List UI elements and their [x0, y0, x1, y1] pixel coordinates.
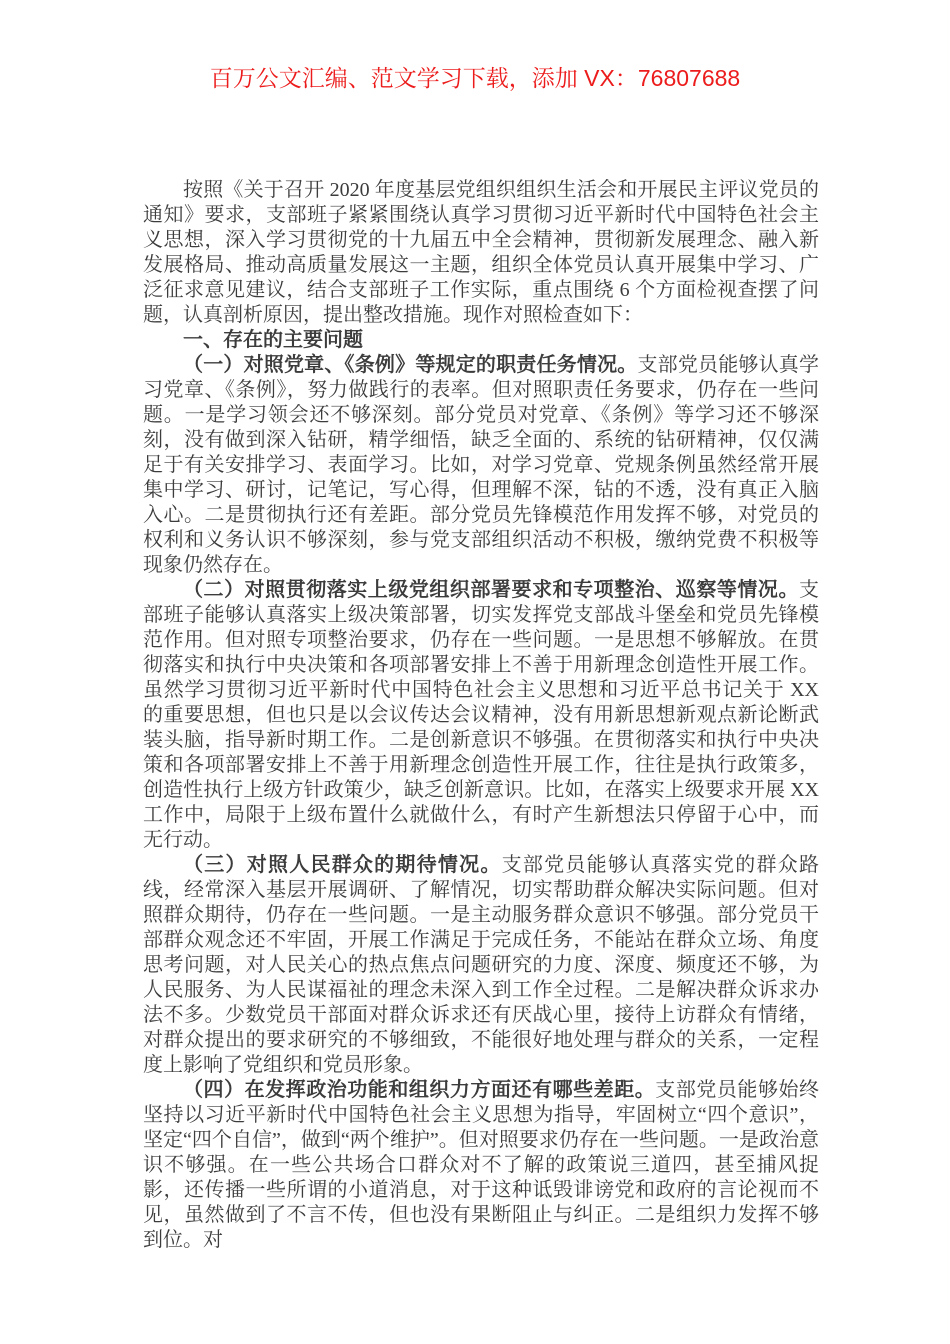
paragraph-text: 支部党员能够始终坚持以习近平新时代中国特色社会主义思想为指导，牢固树立“四个意识… [143, 1079, 819, 1251]
paragraph-lead: （四）在发挥政治功能和组织力方面还有哪些差距。 [183, 1079, 655, 1101]
promo-banner: 百万公文汇编、范文学习下载，添加 VX：76807688 [0, 63, 950, 93]
issue-paragraph-3: （三）对照人民群众的期待情况。支部党员能够认真落实党的群众路线，经常深入基层开展… [143, 853, 819, 1078]
paragraph-lead: （三）对照人民群众的期待情况。 [183, 854, 502, 876]
section-heading-main-problems: 一、存在的主要问题 [143, 328, 819, 353]
heading-text: 一、存在的主要问题 [183, 329, 363, 351]
issue-paragraph-2: （二）对照贯彻落实上级党组织部署要求和专项整治、巡察等情况。支部班子能够认真落实… [143, 578, 819, 853]
issue-paragraph-4: （四）在发挥政治功能和组织力方面还有哪些差距。支部党员能够始终坚持以习近平新时代… [143, 1078, 819, 1253]
paragraph-text: 按照《关于召开 2020 年度基层党组织组织生活会和开展民主评议党员的通知》要求… [143, 179, 819, 326]
document-body: 按照《关于召开 2020 年度基层党组织组织生活会和开展民主评议党员的通知》要求… [143, 178, 819, 1253]
issue-paragraph-1: （一）对照党章、《条例》等规定的职责任务情况。支部党员能够认真学习党章、《条例》… [143, 353, 819, 578]
intro-paragraph: 按照《关于召开 2020 年度基层党组织组织生活会和开展民主评议党员的通知》要求… [143, 178, 819, 328]
paragraph-text: 支部党员能够认真学习党章、《条例》，努力做践行的表率。但对照职责任务要求，仍存在… [143, 354, 819, 576]
paragraph-lead: （二）对照贯彻落实上级党组织部署要求和专项整治、巡察等情况。 [183, 579, 799, 601]
document-page: 百万公文汇编、范文学习下载，添加 VX：76807688 按照《关于召开 202… [0, 0, 950, 1344]
paragraph-text: 支部班子能够认真落实上级决策部署，切实发挥党支部战斗堡垒和党员先锋模范作用。但对… [143, 579, 819, 851]
paragraph-text: 支部党员能够认真落实党的群众路线，经常深入基层开展调研、了解情况，切实帮助群众解… [143, 854, 819, 1076]
paragraph-lead: （一）对照党章、《条例》等规定的职责任务情况。 [183, 354, 637, 376]
